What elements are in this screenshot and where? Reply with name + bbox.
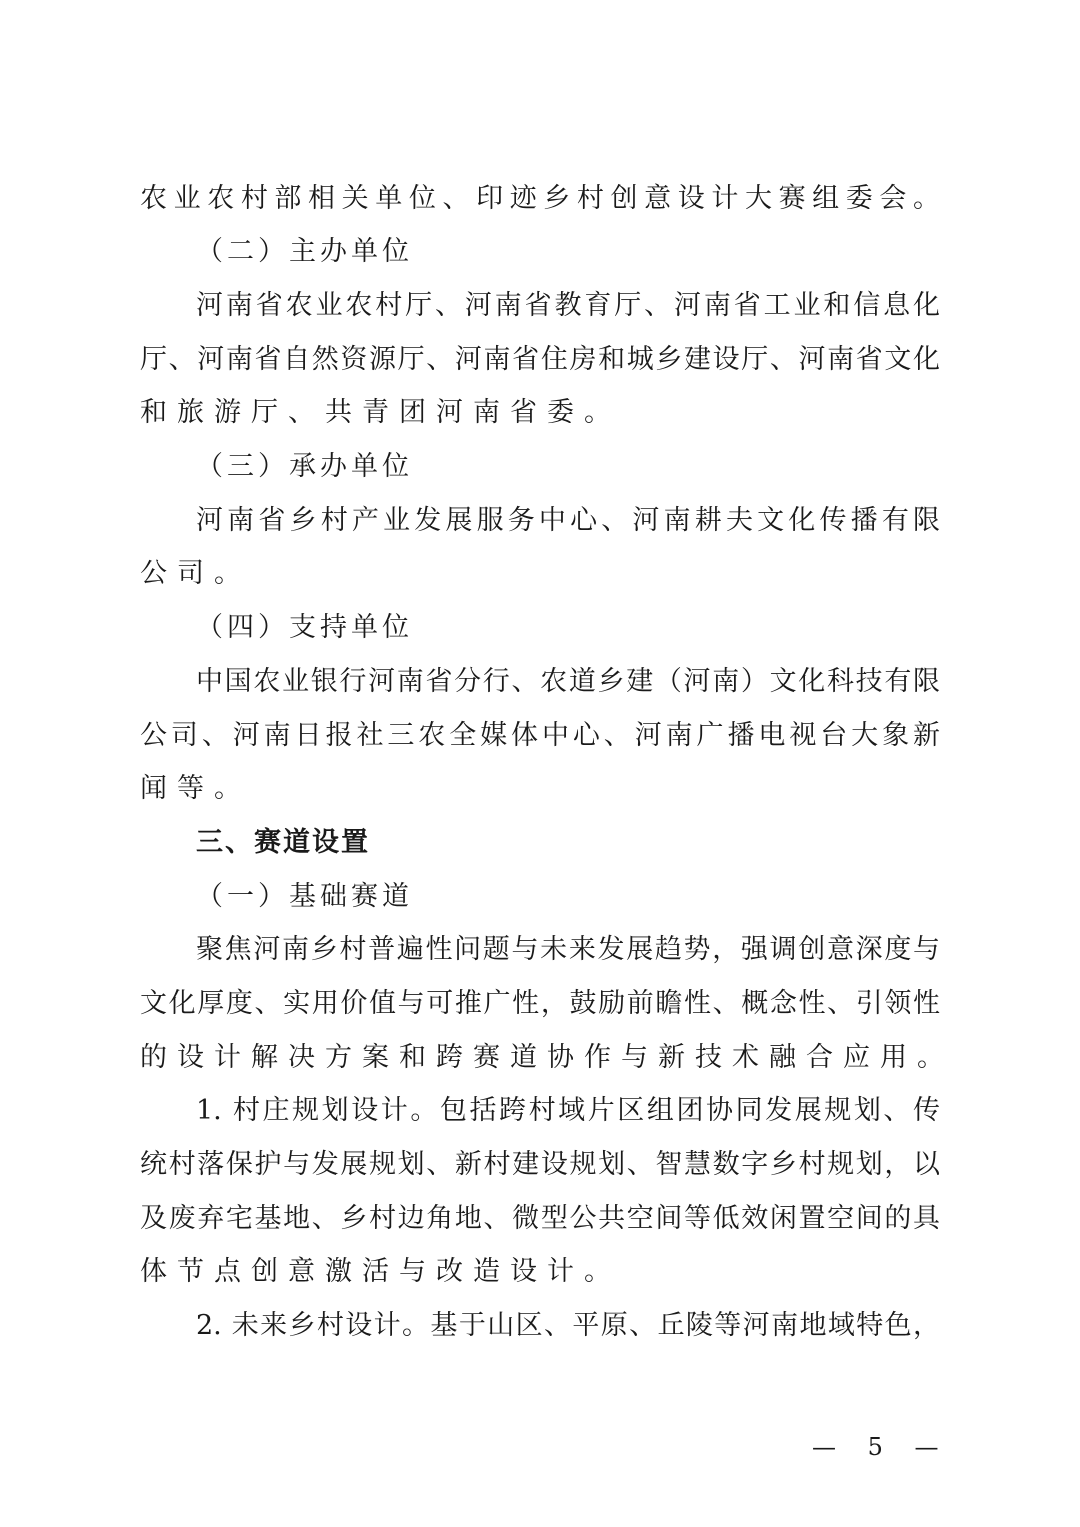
paragraph-line-support-3: 闻等。 — [140, 769, 940, 809]
subheading-undertaking-units: （三）承办单位 — [196, 447, 940, 487]
paragraph-line-support-1: 中国农业银行河南省分行、农道乡建（河南）文化科技有限 — [196, 662, 940, 702]
paragraph-line-village-planning-1: 1. 村庄规划设计。包括跨村域片区组团协同发展规划、传 — [196, 1091, 940, 1131]
paragraph-line-support-2: 公司、河南日报社三农全媒体中心、河南广播电视台大象新 — [140, 716, 940, 756]
paragraph-line-host-units-1: 河南省农业农村厅、河南省教育厅、河南省工业和信息化 — [196, 286, 940, 326]
subheading-basic-track: （一）基础赛道 — [196, 877, 940, 917]
subheading-host-units: （二）主办单位 — [196, 232, 940, 272]
paragraph-line-organizers-cont: 农业农村部相关单位、印迹乡村创意设计大赛组委会。 — [140, 179, 940, 219]
page-number: — 5 — — [812, 1432, 951, 1462]
paragraph-line-village-planning-2: 统村落保护与发展规划、新村建设规划、智慧数字乡村规划，以 — [140, 1145, 940, 1185]
paragraph-line-future-village-1: 2. 未来乡村设计。基于山区、平原、丘陵等河南地域特色， — [196, 1306, 940, 1346]
subheading-support-units: （四）支持单位 — [196, 608, 940, 648]
section-heading-track-settings: 三、赛道设置 — [196, 823, 940, 863]
paragraph-line-village-planning-3: 及废弃宅基地、乡村边角地、微型公共空间等低效闲置空间的具 — [140, 1199, 940, 1239]
paragraph-line-undertaking-1: 河南省乡村产业发展服务中心、河南耕夫文化传播有限 — [196, 501, 940, 541]
paragraph-line-basic-track-1: 聚焦河南乡村普遍性问题与未来发展趋势，强调创意深度与 — [196, 930, 940, 970]
document-page: 农业农村部相关单位、印迹乡村创意设计大赛组委会。 （二）主办单位 河南省农业农村… — [0, 0, 1080, 1527]
paragraph-line-host-units-3: 和旅游厅、共青团河南省委。 — [140, 393, 940, 433]
paragraph-line-host-units-2: 厅、河南省自然资源厅、河南省住房和城乡建设厅、河南省文化 — [140, 340, 940, 380]
paragraph-line-basic-track-3: 的设计解决方案和跨赛道协作与新技术融合应用。 — [140, 1038, 940, 1078]
paragraph-line-basic-track-2: 文化厚度、实用价值与可推广性，鼓励前瞻性、概念性、引领性 — [140, 984, 940, 1024]
paragraph-line-village-planning-4: 体节点创意激活与改造设计。 — [140, 1252, 940, 1292]
paragraph-line-undertaking-2: 公司。 — [140, 554, 940, 594]
